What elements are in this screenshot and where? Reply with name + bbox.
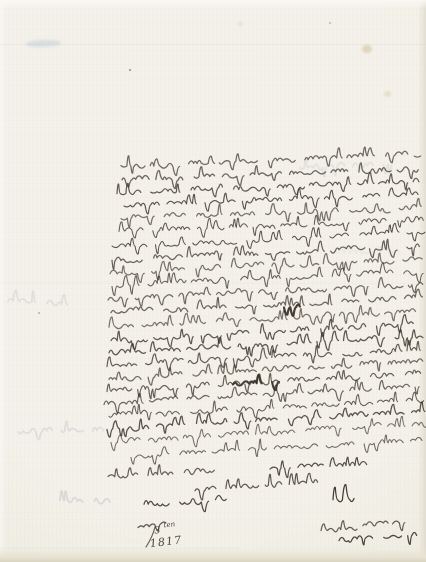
handwriting-body-line	[121, 147, 421, 175]
bleedthrough-ghost-line	[18, 421, 103, 439]
signature-line	[321, 521, 405, 532]
handwriting-bold-word	[284, 305, 300, 316]
letter-page: 3 ten 1817	[0, 0, 426, 562]
dateline: 3 ten 1817	[129, 508, 206, 562]
valediction-line	[195, 473, 318, 500]
handwriting-body-line	[108, 465, 214, 478]
handwriting-body-line	[109, 358, 423, 385]
handwriting-body-line	[131, 435, 422, 464]
signature-paraph	[333, 485, 354, 502]
date-day-suffix: ten	[163, 520, 175, 529]
handwriting-bold-word	[233, 375, 279, 390]
bleedthrough-ghost-line	[8, 290, 68, 305]
handwriting-layer	[0, 0, 426, 562]
handwriting-body-line	[112, 239, 419, 269]
date-year: 1817	[149, 533, 183, 550]
handwriting-body-line	[109, 392, 424, 420]
bleedthrough-ghost-line	[60, 491, 110, 504]
bleedthrough-ghost-line	[300, 160, 392, 177]
signature-line	[339, 532, 417, 544]
handwriting-body-line	[109, 306, 416, 329]
handwriting-body-line	[270, 457, 367, 477]
date-day: 3	[154, 525, 161, 537]
